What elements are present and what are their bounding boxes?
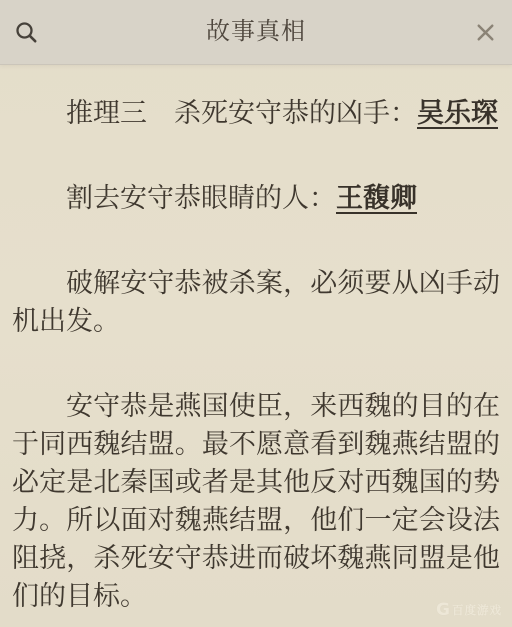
- x-glyph: [473, 20, 498, 45]
- page-title: 故事真相: [0, 0, 512, 64]
- eyes-answer-line: 割去安守恭眼睛的人：王馥卿: [12, 180, 500, 218]
- deduction-answer-line: 推理三 杀死安守恭的凶手：吴乐琛: [12, 95, 500, 133]
- deduction-prefix: 推理三 杀死安守恭的凶手：: [66, 98, 417, 129]
- story-content: 推理三 杀死安守恭的凶手：吴乐琛 割去安守恭眼睛的人：王馥卿 破解安守恭被杀案，…: [0, 65, 512, 616]
- close-icon[interactable]: [472, 19, 498, 45]
- paragraph-analysis: 安守恭是燕国使臣，来西魏的目的在于同西魏结盟。最不愿意看到魏燕结盟的必定是北秦国…: [12, 388, 500, 616]
- eyes-prefix: 割去安守恭眼睛的人：: [66, 183, 336, 214]
- killer-name: 吴乐琛: [417, 98, 498, 129]
- header-bar: 故事真相: [0, 0, 512, 65]
- paragraph-motive: 破解安守恭被杀案，必须要从凶手动机出发。: [12, 265, 500, 341]
- story-truth-screen: 故事真相 推理三 杀死安守恭的凶手：吴乐琛 割去安守恭眼睛的人：王馥卿 破解安守…: [0, 0, 512, 627]
- eye-cutter-name: 王馥卿: [336, 183, 417, 214]
